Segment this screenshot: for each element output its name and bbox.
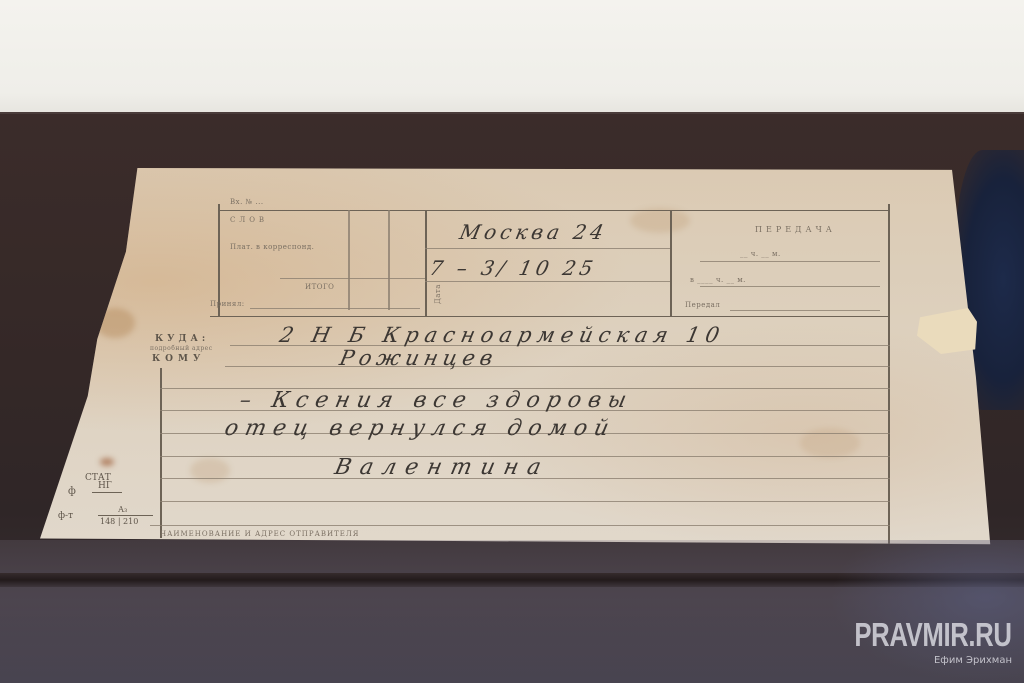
code-numbers: 148 | 210 — [100, 517, 138, 526]
row-label-received: Принял: — [210, 300, 245, 308]
form-rule — [670, 210, 672, 316]
where-sublabel: подробный адрес — [150, 345, 213, 352]
code-phi-t: ф-т — [58, 511, 73, 521]
transmission-row-1: __ ч. __ м. — [740, 250, 781, 258]
form-rule — [250, 308, 420, 309]
handwritten-origin: Москва 24 — [457, 220, 609, 244]
form-rule — [225, 366, 890, 367]
row-label-total: ИТОГО — [305, 283, 334, 291]
form-rule — [425, 281, 670, 282]
form-rule — [210, 316, 890, 317]
form-rule — [700, 286, 880, 287]
form-rule — [700, 261, 880, 262]
watermark-logo: PRAVMIR.RU — [855, 617, 1012, 653]
row-label-correspondence: Плат. в корреспонд. — [230, 243, 314, 251]
handwritten-recipient: Рожинцев — [337, 346, 499, 370]
form-rule — [888, 204, 890, 544]
message-line-1: – Ксения все здоровы — [237, 388, 635, 413]
header-top-note: Вх. № ... — [230, 198, 264, 206]
code-a: А₃ — [118, 505, 127, 514]
words-heading: СЛОВ — [230, 216, 268, 224]
telegram-form: Вх. № ... СЛОВ Плат. в корреспонд. ИТОГО… — [40, 168, 995, 548]
handwritten-date: 7 – 3/ 10 25 — [427, 256, 599, 280]
code-ng: НГ — [98, 481, 112, 491]
photo-credit: Ефим Эрихман — [810, 655, 1012, 666]
code-phi: ф — [68, 486, 76, 497]
date-side-label: Дата — [434, 284, 442, 304]
transmission-row-3: Передал — [685, 301, 720, 309]
watermark: PRAVMIR.RU Ефим Эрихман — [810, 617, 1012, 666]
paper-stain — [190, 458, 230, 483]
form-rule — [425, 248, 670, 249]
form-rule — [425, 210, 427, 316]
message-line-2: отец вернулся домой — [222, 416, 618, 441]
gallery-wall — [0, 0, 1024, 116]
paper-stain — [100, 458, 114, 466]
handwritten-address: 2 Н Б Красноармейская 10 — [277, 323, 727, 347]
paper-stain — [630, 208, 690, 233]
form-rule — [160, 501, 890, 502]
message-signature: Валентина — [332, 455, 552, 480]
form-rule — [160, 368, 162, 538]
to-whom-label: КОМУ — [152, 354, 205, 364]
transmission-row-2: в ____ ч. __ м. — [690, 276, 746, 284]
form-rule — [280, 278, 425, 279]
form-rule — [92, 492, 122, 493]
form-rule — [348, 210, 350, 310]
form-rule — [730, 310, 880, 311]
transmission-heading: ПЕРЕДАЧА — [755, 225, 836, 234]
sender-footer-label: НАИМЕНОВАНИЕ И АДРЕС ОТПРАВИТЕЛЯ — [160, 530, 359, 538]
form-rule — [150, 525, 890, 526]
where-label: КУДА: — [155, 334, 209, 344]
form-rule — [98, 515, 153, 516]
form-rule — [388, 210, 390, 310]
form-rule — [220, 210, 890, 211]
